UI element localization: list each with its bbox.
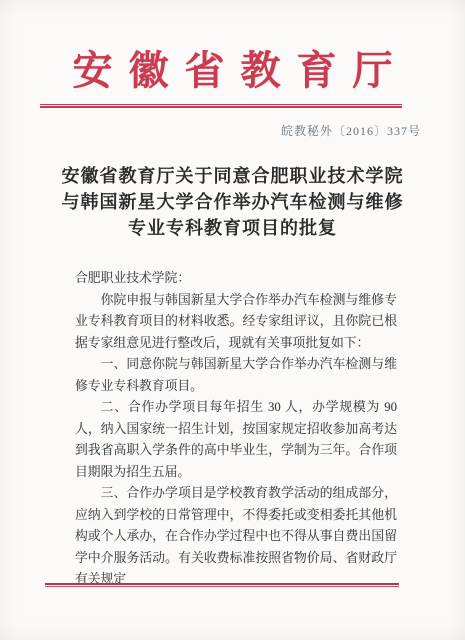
body-paragraph-item-3: 三、合作办学项目是学校教育教学活动的组成部分，应纳入到学校的日常管理中，不得委托… <box>75 483 397 591</box>
body-paragraph-intro: 你院申报与韩国新星大学合作举办汽车检测与维修专业专科教育项目的材料收悉。经专家组… <box>75 290 397 355</box>
body-paragraph-item-2: 二、合作办学项目每年招生 30 人，办学规模为 90 人，纳入国家统一招生计划，… <box>75 397 397 483</box>
document-title-line-1: 安徽省教育厅关于同意合肥职业技术学院 <box>62 166 404 186</box>
document-title: 安徽省教育厅关于同意合肥职业技术学院 与韩国新星大学合作举办汽车检测与维修 专业… <box>0 163 465 241</box>
salutation: 合肥职业技术学院： <box>75 268 397 290</box>
scanned-document-page: 安徽省教育厅 皖教秘外〔2016〕337号 安徽省教育厅关于同意合肥职业技术学院… <box>0 0 465 640</box>
document-body: 合肥职业技术学院： 你院申报与韩国新星大学合作举办汽车检测与维修专业专科教育项目… <box>75 268 397 591</box>
body-paragraph-item-1: 一、同意你院与韩国新星大学合作举办汽车检测与维修专业专科教育项目。 <box>75 354 397 397</box>
document-title-line-3: 专业专科教育项目的批复 <box>128 218 337 238</box>
document-title-line-2: 与韩国新星大学合作举办汽车检测与维修 <box>62 192 404 212</box>
document-number: 皖教秘外〔2016〕337号 <box>281 123 421 139</box>
letterhead-red-divider <box>40 104 402 108</box>
page-bottom-red-rule <box>45 583 399 587</box>
agency-letterhead: 安徽省教育厅 <box>0 49 465 93</box>
